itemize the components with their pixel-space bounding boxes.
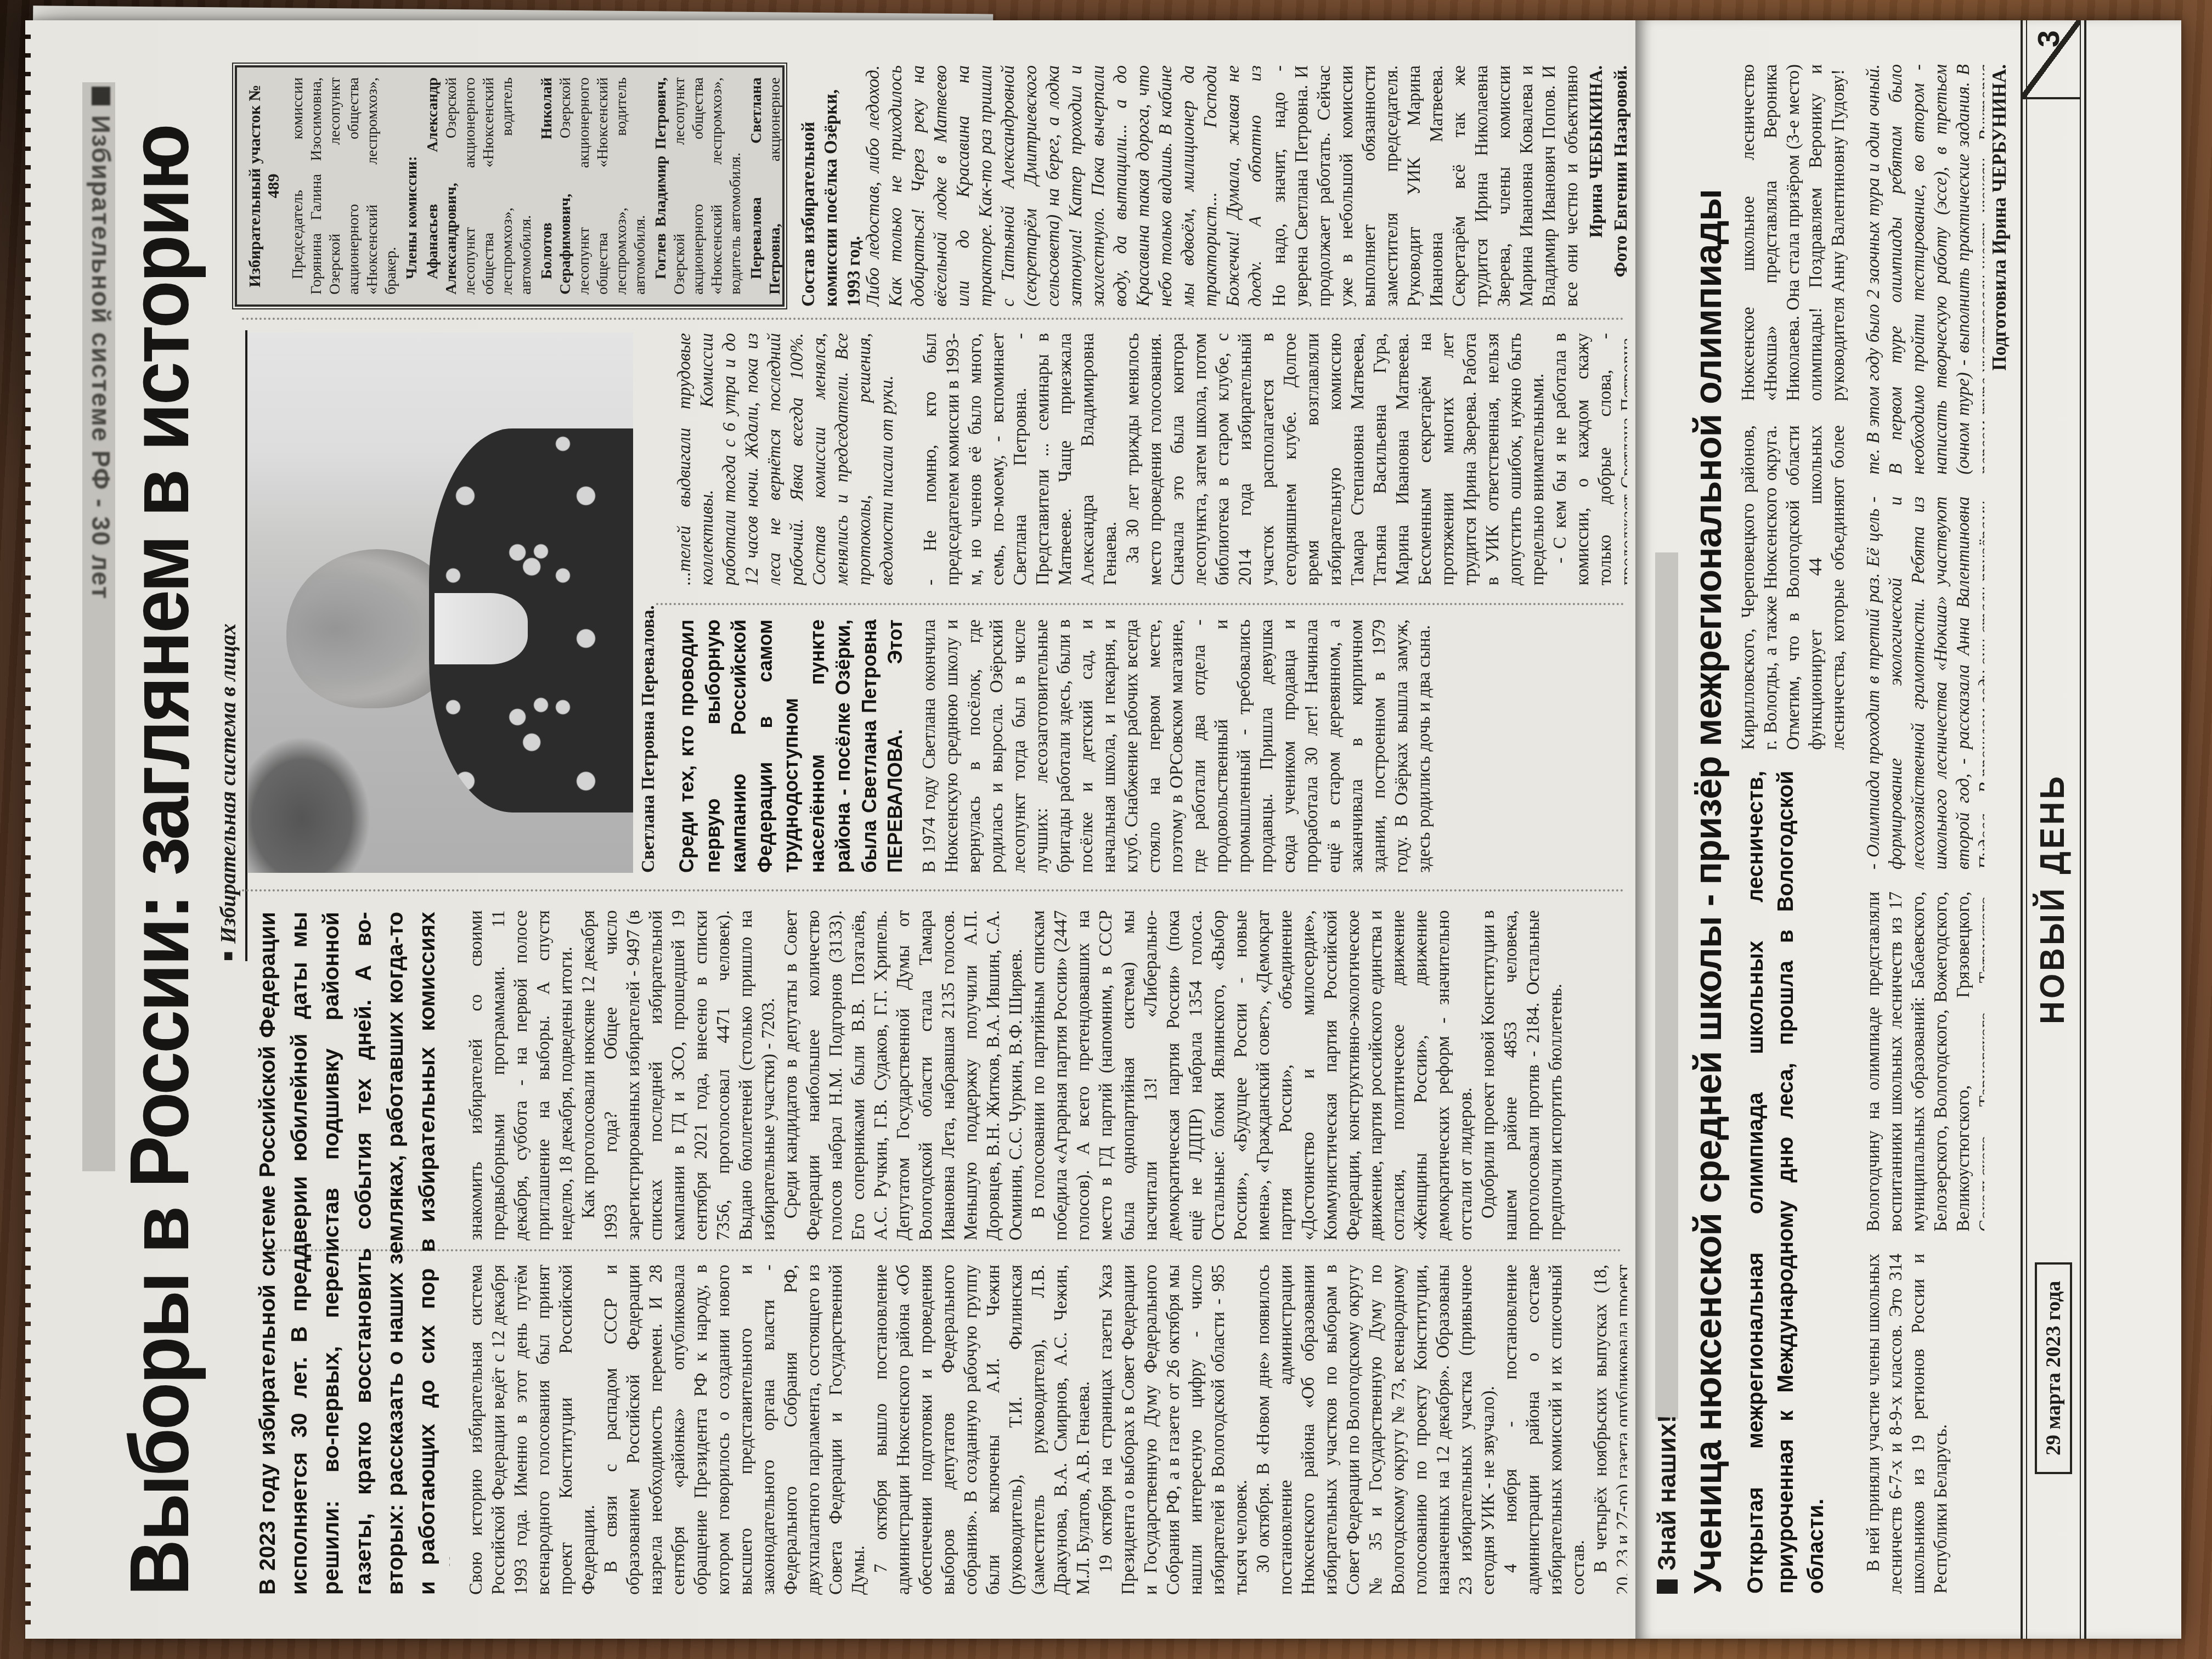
article1-column-2: знакомить избирателей со своими предвыбо…	[465, 910, 1627, 1240]
sidebar-closing: Но надо, значит, надо - уверена Светлана…	[1268, 65, 1579, 307]
page3-strip: Знай наших! Ученица нюксенской средней ш…	[1635, 20, 2181, 1639]
paragraph: те. В этом году было 2 заочных тура и од…	[1863, 64, 1984, 475]
photo-credit: Фото Евгении Назаровой.	[1609, 65, 1634, 307]
bullet-square-icon	[92, 87, 110, 105]
paragraph: Как проголосовали нюксяне 12 декабря 199…	[578, 910, 780, 1240]
article1-headline: Выборы в России: заглянем в историю	[112, 152, 208, 1596]
article1-column-1: Свою историю избирательная система Росси…	[465, 1265, 1627, 1595]
article1-lead: В 2023 году избирательной системе Россий…	[251, 912, 450, 1595]
commission-box: Избирательный участок № 489 Председатель…	[235, 65, 785, 307]
member-name: Гоглев Владимир Петрович,	[652, 77, 669, 279]
article1-subhead-label: Избирательная система в лицах	[216, 624, 240, 944]
article1-column-4: - Не помню, кто был председателем комисс…	[919, 333, 1627, 585]
author-name: Ирина ЧЕБЫКИНА.	[1584, 65, 1609, 307]
column-rule-dotted	[242, 318, 1624, 320]
rubric-strip: Избирательной системе РФ - 30 лет	[83, 87, 116, 1170]
commission-member: Гоглев Владимир Петрович, Озерской лесоп…	[652, 77, 745, 295]
paragraph: В четырёх ноябрьских выпусках (18, 20, 2…	[1590, 1265, 1627, 1595]
article2-kicker: Знай наших!	[1652, 1415, 1681, 1594]
article2-column-a: Кирилловского, Череповецкого районов, г.…	[1737, 425, 1854, 750]
column-rule-dotted	[267, 1249, 1622, 1251]
page-footer-band: 29 марта 2023 года НОВЫЙ ДЕНЬ 3	[2021, 20, 2086, 1639]
commission-member: Перевалова Светлана Петровна, акционерно…	[747, 77, 785, 295]
member-info: Озерской лесопункт акционерного общества…	[671, 77, 744, 295]
portrait-photo	[248, 332, 633, 873]
article2-column-3-italic: - Олимпиада проходит в третий раз. Её це…	[1863, 496, 1984, 870]
photo-caption: Светлана Петровна Перевалова.	[639, 332, 659, 873]
paragraph: 4 ноября - постановление администрации р…	[1500, 1265, 1590, 1595]
paragraph: Свою историю избирательная система Росси…	[465, 1265, 600, 1595]
paragraph: Но надо, значит, надо - уверена Светлана…	[1268, 65, 1579, 307]
newspaper-name: НОВЫЙ ДЕНЬ	[2032, 774, 2072, 1024]
bullet-square-icon	[1657, 1579, 1678, 1594]
article1-subhead: ■Избирательная система в лицах	[215, 330, 247, 961]
kicker-gray-bar	[1655, 552, 1678, 1419]
article2-column-1: В ней приняли участие члены школьных лес…	[1863, 1254, 1984, 1594]
paragraph: За 30 лет трижды менялось место проведен…	[1122, 333, 1549, 585]
page-number: 3	[2030, 30, 2066, 47]
article2-column-b: Нюксенское школьное лесничество «Нюкша» …	[1737, 64, 1854, 401]
rubric-strip-label: Избирательной системе РФ - 30 лет	[87, 115, 115, 600]
commission-members-label: Члены комиссии:	[403, 77, 421, 295]
newspaper-sheet: Выборы в России: заглянем в историю ■Изб…	[31, 20, 2181, 1639]
article2-headline: Ученица нюксенской средней школы - призё…	[1686, 88, 1730, 1594]
paragraph: - Не помню, кто был председателем комисс…	[919, 333, 1122, 585]
article1-intro-bold: Среди тех, кто проводил первую выборную …	[674, 619, 909, 873]
commission-chair: Председатель комиссии Горянина Галина Из…	[289, 77, 400, 295]
article2-lead: Открытая межрегиональная олимпиада школь…	[1741, 771, 1860, 1594]
column-rule-dotted	[242, 889, 1624, 891]
deckle-edge	[25, 20, 32, 1639]
paragraph: Кирилловского, Череповецкого районов, г.…	[1737, 425, 1854, 750]
article2-byline: Подготовила Ирина ЧЕРБУНИНА.	[1989, 64, 2011, 514]
paragraph: В связи с распадом СССР и образованием Р…	[600, 1265, 870, 1595]
paragraph: Вологодчину на олимпиаде представляли во…	[1863, 891, 1984, 1232]
paragraph: В голосовании по партийным спискам побед…	[1028, 910, 1477, 1240]
paragraph: Либо ледостав, либо ледоход. Как только …	[862, 65, 1261, 307]
paragraph: 7 октября вышло постановление администра…	[870, 1265, 1095, 1595]
article1-column-3: В 1974 году Светлана окончила Нюксенскую…	[918, 619, 1627, 873]
footer-date: 29 марта 2023 года	[2035, 1262, 2072, 1474]
article2-column-2: Вологодчину на олимпиаде представляли во…	[1863, 891, 1984, 1232]
paragraph: знакомить избирателей со своими предвыбо…	[465, 910, 578, 1240]
commission-box-title: Избирательный участок № 489	[246, 77, 283, 295]
article2-column-4-italic: те. В этом году было 2 заочных тура и од…	[1863, 64, 1984, 475]
commission-photo-note: Состав избирательной комиссии посёлка Оз…	[798, 65, 866, 307]
photo-person-collar	[435, 593, 528, 664]
article1-column-4-italic: ...телей выдвигали трудовые коллективы. …	[674, 333, 909, 585]
paragraph: Одобрили проект новой Конституции в наше…	[1477, 910, 1567, 1240]
article1-byline: Ирина ЧЕБЫКИНА. Фото Евгении Назаровой.	[1584, 65, 1633, 307]
commission-member: Афанасьев Александр Александрович, Озерс…	[424, 77, 535, 295]
paragraph: - Олимпиада проходит в третий раз. Её це…	[1863, 496, 1984, 870]
paragraph: Среди кандидатов в депутаты в Совет Феде…	[780, 910, 1028, 1240]
paragraph: 19 октября на страницах газеты Указ През…	[1095, 1265, 1252, 1595]
sidebar-quote-italic: Либо ледостав, либо ледоход. Как только …	[862, 65, 1261, 307]
column-rule-dotted	[656, 603, 1624, 605]
paragraph: В ней приняли участие члены школьных лес…	[1863, 1254, 1953, 1594]
paragraph: - С кем бы я не работала в комиссии, о к…	[1549, 333, 1627, 585]
article2-kicker-label: Знай наших!	[1652, 1415, 1681, 1571]
paragraph: В 1974 году Светлана окончила Нюксенскую…	[918, 619, 1436, 873]
page-number-box: 3	[2023, 20, 2080, 99]
paragraph: 30 октября. В «Новом дне» появилось пост…	[1252, 1265, 1500, 1595]
bullet-square-icon: ■	[219, 951, 237, 961]
paragraph: ...телей выдвигали трудовые коллективы. …	[674, 333, 899, 585]
paragraph: Нюксенское школьное лесничество «Нюкша» …	[1737, 64, 1850, 401]
commission-member: Болотов Николай Серафимович, Озерской ле…	[538, 77, 650, 295]
